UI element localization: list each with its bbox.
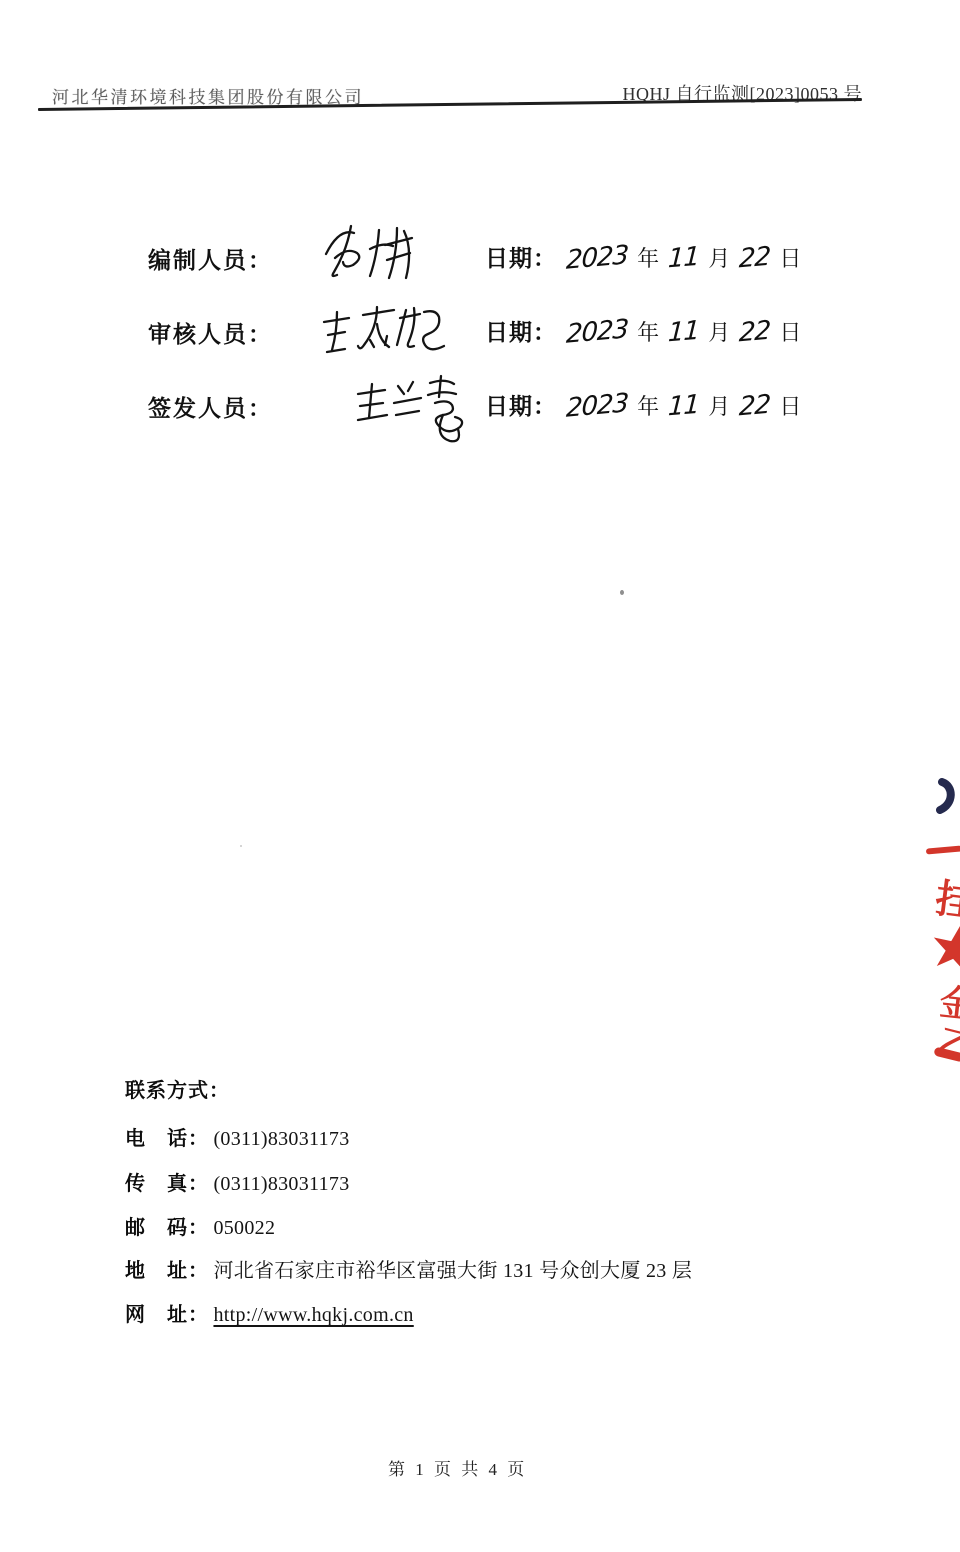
date-day-unit: 日 <box>779 316 801 347</box>
date-year-unit: 年 <box>637 390 659 421</box>
contact-section-title: 联系方式： <box>125 1074 230 1103</box>
fax-label: 传 真： <box>125 1167 209 1196</box>
date-label: 日期： <box>485 388 557 421</box>
preparer-signature <box>312 218 444 294</box>
date-year-handwritten: 2023 <box>565 388 629 424</box>
date-year-unit: 年 <box>637 316 659 347</box>
contact-phone-row: 电 话： (0311)83031173 <box>125 1122 350 1151</box>
fax-value: (0311)83031173 <box>213 1173 349 1195</box>
date-month-unit: 月 <box>708 242 730 273</box>
date-month-handwritten: 11 <box>667 390 700 423</box>
issuer-date: 日期： 2023 年 11 月 22 日 <box>485 388 801 421</box>
date-day-handwritten: 22 <box>739 316 772 349</box>
issuer-label: 签发人员： <box>148 390 273 423</box>
date-label: 日期： <box>485 314 557 347</box>
date-day-unit: 日 <box>779 390 801 421</box>
postcode-label: 邮 码： <box>125 1211 209 1240</box>
page-number-footer: 第 1 页 共 4 页 <box>388 1455 527 1480</box>
scan-speck <box>240 845 242 847</box>
preparer-date: 日期： 2023 年 11 月 22 日 <box>485 240 801 273</box>
red-stamp-character-fragment: 乙 <box>932 1014 960 1072</box>
reviewer-date: 日期： 2023 年 11 月 22 日 <box>485 314 801 347</box>
reviewer-signature <box>318 300 454 362</box>
blue-pen-mark-fragment <box>934 778 960 819</box>
date-month-handwritten: 11 <box>667 242 700 275</box>
preparer-label: 编制人员： <box>148 242 273 275</box>
date-year-handwritten: 2023 <box>565 314 629 350</box>
scan-speck <box>620 590 624 595</box>
address-label: 地 址： <box>125 1254 209 1283</box>
date-label: 日期： <box>485 240 557 273</box>
date-day-handwritten: 22 <box>739 390 772 423</box>
scanned-document-page: { "header": { "company": "河北华清环境科技集团股份有限… <box>0 0 960 1552</box>
red-stamp-star-icon: ★ <box>926 918 960 981</box>
contact-fax-row: 传 真： (0311)83031173 <box>125 1167 350 1196</box>
contact-address-row: 地 址： 河北省石家庄市裕华区富强大街 131 号众创大厦 23 层 <box>125 1254 692 1283</box>
website-url: http://www.hqkj.com.cn <box>213 1304 413 1326</box>
date-day-unit: 日 <box>779 242 801 273</box>
issuer-signature <box>350 370 468 452</box>
website-label: 网 址： <box>125 1298 209 1327</box>
contact-website-row: 网 址： http://www.hqkj.com.cn <box>125 1298 414 1327</box>
date-day-handwritten: 22 <box>739 242 772 275</box>
contact-postcode-row: 邮 码： 050022 <box>125 1211 275 1240</box>
date-month-handwritten: 11 <box>667 316 700 349</box>
postcode-value: 050022 <box>213 1217 275 1239</box>
address-value: 河北省石家庄市裕华区富强大街 131 号众创大厦 23 层 <box>213 1260 692 1282</box>
reviewer-label: 审核人员： <box>148 316 273 349</box>
red-stamp-stroke <box>926 845 960 854</box>
phone-label: 电 话： <box>125 1122 209 1151</box>
date-year-handwritten: 2023 <box>565 240 629 276</box>
date-month-unit: 月 <box>708 316 730 347</box>
date-year-unit: 年 <box>637 242 659 273</box>
date-month-unit: 月 <box>708 390 730 421</box>
phone-value: (0311)83031173 <box>213 1128 349 1150</box>
